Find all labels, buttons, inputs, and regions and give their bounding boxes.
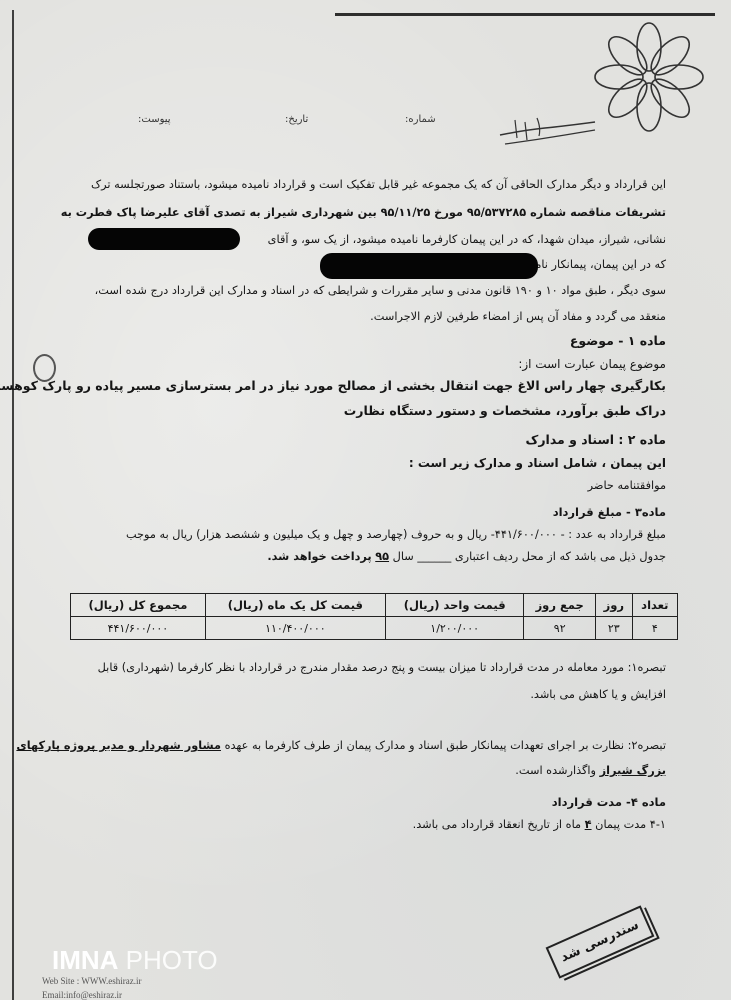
note-2-line-2: بزرگ شیراز واگذارشده است. [515, 764, 666, 777]
cell-unit-price: ۱/۲۰۰/۰۰۰ [385, 617, 524, 640]
scanned-contract-page: شماره: تاریخ: پیوست: این قرارداد و دیگر … [0, 0, 731, 1000]
watermark-suffix: PHOTO [126, 945, 218, 975]
note-1-line-2: افزایش و یا کاهش می باشد. [530, 688, 666, 701]
letter-number-field: شماره: [405, 114, 436, 125]
article-1-title: ماده ۱ - موضوع [570, 333, 666, 348]
note-2-line-1: تبصره۲: نظارت بر اجرای تعهدات پیمانکار ط… [16, 739, 666, 752]
redacted-contractor-details [320, 253, 538, 279]
article-1-intro: موضوع پیمان عبارت است از: [518, 357, 666, 371]
cell-count: ۴ [632, 617, 677, 640]
table-header-row: تعداد روز جمع روز قیمت واحد (ریال) قیمت … [71, 594, 678, 617]
preamble-line-5: سوی دیگر ، طبق مواد ۱۰ و ۱۹۰ قانون مدنی … [95, 284, 666, 297]
col-monthly-price: قیمت کل یک ماه (ریال) [205, 594, 385, 617]
note-2-supervisor-cont: بزرگ شیراز [600, 764, 666, 777]
payment-table: تعداد روز جمع روز قیمت واحد (ریال) قیمت … [70, 593, 678, 640]
note-2-text: تبصره۲: نظارت بر اجرای تعهدات پیمانکار ط… [225, 739, 666, 752]
footer-website: Web Site : WWW.eshiraz.ir [42, 976, 142, 986]
col-days: روز [595, 594, 632, 617]
preamble-text: این قرارداد و دیگر مدارک الحاقی آن که یک… [91, 178, 666, 191]
redacted-contractor-name [88, 228, 240, 250]
note-2-supervisor: مشاور شهردار و مدیر پروژه پارکهای [16, 739, 221, 752]
cell-total-days: ۹۲ [524, 617, 596, 640]
col-grand-total: مجموع کل (ریال) [71, 594, 206, 617]
watermark-brand: IMNA [52, 945, 118, 975]
preamble-line-6: منعقد می گردد و مفاد آن پس از امضاء طرفی… [370, 310, 666, 323]
duration-text: ۴-۱ مدت پیمان [595, 818, 666, 831]
shiraz-municipality-flower-logo-icon [594, 22, 704, 132]
cell-monthly-price: ۱۱۰/۴۰۰/۰۰۰ [205, 617, 385, 640]
note-1-line-1: تبصره۱: مورد معامله در مدت قرارداد تا می… [98, 661, 666, 674]
header-rule [335, 13, 715, 16]
article-2-intro: این پیمان ، شامل اسناد و مدارک زیر است : [409, 456, 666, 470]
preamble-text: تشریفات مناقصه شماره ۹۵/۵۳۷۲۸۵ مورخ ۹۵/۱… [61, 206, 666, 219]
preamble-line-1: این قرارداد و دیگر مدارک الحاقی آن که یک… [91, 178, 666, 191]
letter-date-field: تاریخ: [285, 114, 308, 125]
preamble-text: منعقد می گردد و مفاد آن پس از امضاء طرفی… [370, 310, 666, 323]
article-2-item: موافقتنامه حاضر [588, 479, 666, 492]
preamble-line-2: تشریفات مناقصه شماره ۹۵/۵۳۷۲۸۵ مورخ ۹۵/۱… [61, 206, 666, 219]
preamble-text: سوی دیگر ، طبق مواد ۱۰ و ۱۹۰ قانون مدنی … [95, 284, 666, 297]
duration-months: ۴ [585, 818, 592, 831]
preamble-line-3: نشانی، شیراز، میدان شهدا، که در این پیما… [268, 233, 666, 246]
col-unit-price: قیمت واحد (ریال) [385, 594, 524, 617]
article-2-title: ماده ۲ : اسناد و مدارک [526, 432, 666, 447]
payment-text: جدول ذیل می باشد که از محل ردیف اعتباری … [393, 550, 666, 563]
article-4-duration: ۴-۱ مدت پیمان ۴ ماه از تاریخ انعقاد قرار… [413, 818, 666, 831]
page-edge-shadow [12, 10, 14, 1000]
col-total-days: جمع روز [524, 594, 596, 617]
shiraz-municipality-script-logo-icon [495, 100, 600, 148]
cell-days: ۲۳ [595, 617, 632, 640]
duration-text-end: ماه از تاریخ انعقاد قرارداد می باشد. [413, 818, 581, 831]
article-1-body-line-1: بکارگیری چهار راس الاغ جهت انتقال بخشی ا… [0, 378, 666, 393]
table-row: ۴ ۲۳ ۹۲ ۱/۲۰۰/۰۰۰ ۱۱۰/۴۰۰/۰۰۰ ۴۴۱/۶۰۰/۰۰… [71, 617, 678, 640]
preamble-text: نشانی، شیراز، میدان شهدا، که در این پیما… [268, 233, 666, 246]
footer-email: Email:info@eshiraz.ir [42, 990, 122, 1000]
note-2-text-end: واگذارشده است. [515, 764, 596, 777]
cell-grand-total: ۴۴۱/۶۰۰/۰۰۰ [71, 617, 206, 640]
article-3-amount-line: مبلغ قرارداد به عدد : - ۴۴۱/۶۰۰/۰۰۰- ریا… [126, 528, 666, 541]
payment-text-end: پرداخت خواهد شد. [267, 550, 371, 563]
article-1-body-line-2: دراک طبق برآورد، مشخصات و دستور دستگاه ن… [344, 403, 666, 418]
article-3-title: ماده۳ - مبلغ قرارداد [553, 505, 666, 519]
attachment-field: پیوست: [138, 114, 171, 125]
article-3-payment-line: جدول ذیل می باشد که از محل ردیف اعتباری … [267, 550, 666, 563]
reviewed-stamp: سندرسی شد [546, 905, 655, 978]
col-count: تعداد [632, 594, 677, 617]
article-4-title: ماده ۴- مدت قرارداد [552, 795, 666, 809]
budget-year: ۹۵ [375, 550, 389, 563]
imna-photo-watermark: IMNA PHOTO [52, 945, 218, 976]
